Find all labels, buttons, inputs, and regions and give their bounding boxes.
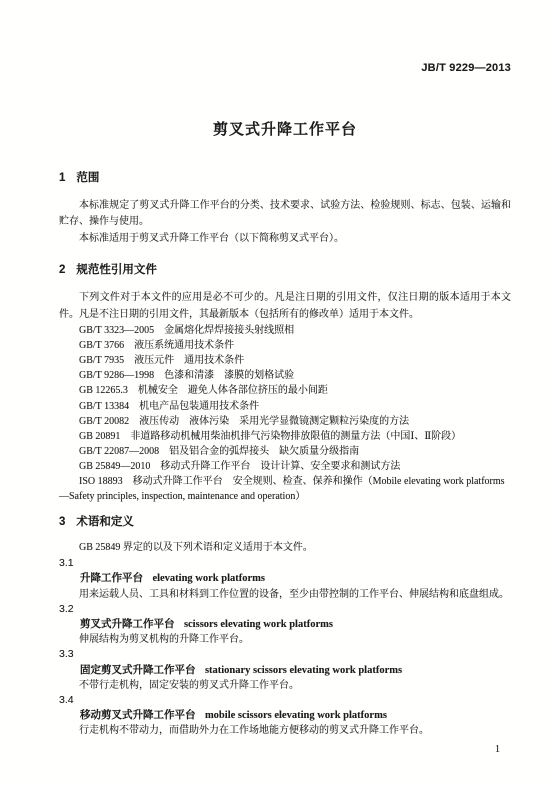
reference-item: GB/T 3766 液压系统通用技术条件 [59,338,511,353]
section-1-title: 范围 [76,172,99,184]
term-title: 固定剪叉式升降工作平台stationary scissors elevating… [59,663,511,678]
section-1-heading: 1范围 [59,171,511,186]
term-number: 3.1 [59,556,511,571]
scope-paragraph-1: 本标准规定了剪叉式升降工作平台的分类、技术要求、试验方法、检验规则、标志、包装、… [59,198,511,231]
term-title-zh: 移动剪叉式升降工作平台 [80,710,196,721]
term-entry-3-2: 3.2 剪叉式升降工作平台scissors elevating work pla… [59,602,511,648]
page-number: 1 [495,744,500,756]
document-page: JB/T 9229—2013 剪叉式升降工作平台 1范围 本标准规定了剪叉式升降… [0,0,548,787]
term-title-en: stationary scissors elevating work platf… [205,665,402,676]
references-list: GB/T 3323—2005 金属熔化焊焊接接头射线照相 GB/T 3766 液… [59,323,511,504]
term-definition: 伸展结构为剪叉机构的升降工作平台。 [59,632,511,647]
section-2-heading: 2规范性引用文件 [59,263,511,278]
reference-item: GB/T 13384 机电产品包装通用技术条件 [59,399,511,414]
term-entry-3-4: 3.4 移动剪叉式升降工作平台mobile scissors elevating… [59,693,511,739]
term-number: 3.4 [59,693,511,708]
section-1-number: 1 [59,172,65,184]
term-entry-3-1: 3.1 升降工作平台elevating work platforms 用来运载人… [59,556,511,602]
reference-item: ISO 18893 移动式升降工作平台 安全规则、检查、保养和操作（Mobile… [59,474,511,504]
reference-item: GB/T 9286—1998 色漆和清漆 漆膜的划格试验 [59,368,511,383]
section-3-title: 术语和定义 [76,516,134,528]
term-entry-3-3: 3.3 固定剪叉式升降工作平台stationary scissors eleva… [59,647,511,693]
term-title-zh: 剪叉式升降工作平台 [80,619,175,630]
term-definition: 行走机构不带动力，而借助外力在工作场地能方便移动的剪叉式升降工作平台。 [59,723,511,738]
reference-item: GB/T 3323—2005 金属熔化焊焊接接头射线照相 [59,323,511,338]
reference-item: GB 20891 非道路移动机械用柴油机排气污染物排放限值的测量方法（中国Ⅰ、Ⅱ… [59,429,511,444]
term-number: 3.3 [59,647,511,662]
scope-paragraph-2: 本标准适用于剪叉式升降工作平台（以下简称剪叉式平台）。 [59,231,511,247]
reference-item: GB 12265.3 机械安全 避免人体各部位挤压的最小间距 [59,383,511,398]
reference-item: GB 25849—2010 移动式升降工作平台 设计计算、安全要求和测试方法 [59,459,511,474]
section-3-number: 3 [59,516,65,528]
term-title-zh: 升降工作平台 [80,573,143,584]
term-title: 升降工作平台elevating work platforms [59,571,511,586]
reference-item: GB/T 22087—2008 铝及铝合金的弧焊接头 缺欠质量分级指南 [59,444,511,459]
term-title-en: elevating work platforms [152,573,265,584]
section-2-title: 规范性引用文件 [76,264,157,276]
standard-code: JB/T 9229—2013 [59,61,511,75]
term-definition: 用来运载人员、工具和材料到工作位置的设备，至少由带控制的工作平台、伸展结构和底盘… [59,587,511,602]
reference-item: GB/T 7935 液压元件 通用技术条件 [59,353,511,368]
term-title: 剪叉式升降工作平台scissors elevating work platfor… [59,617,511,632]
document-title: 剪叉式升降工作平台 [59,120,511,140]
term-title-en: scissors elevating work platforms [184,619,333,630]
term-title: 移动剪叉式升降工作平台mobile scissors elevating wor… [59,708,511,723]
term-definition: 不带行走机构，固定安装的剪叉式升降工作平台。 [59,678,511,693]
reference-item: GB/T 20082 液压传动 液体污染 采用光学显微镜测定颗粒污染度的方法 [59,414,511,429]
document-content: JB/T 9229—2013 剪叉式升降工作平台 1范围 本标准规定了剪叉式升降… [59,61,511,739]
section-3-heading: 3术语和定义 [59,515,511,530]
section-2-number: 2 [59,264,65,276]
references-intro: 下列文件对于本文件的应用是必不可少的。凡是注日期的引用文件，仅注日期的版本适用于… [59,290,511,323]
term-title-en: mobile scissors elevating work platforms [205,710,387,721]
terms-intro: GB 25849 界定的以及下列术语和定义适用于本文件。 [59,540,511,556]
term-title-zh: 固定剪叉式升降工作平台 [80,665,196,676]
term-number: 3.2 [59,602,511,617]
